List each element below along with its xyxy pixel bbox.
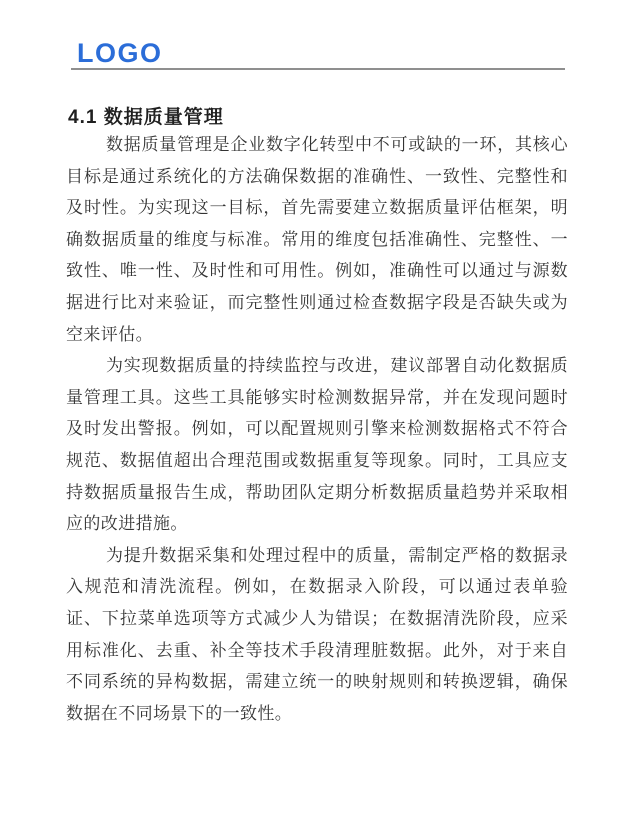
document-page: LOGO 4.1 数据质量管理 数据质量管理是企业数字化转型中不可或缺的一环，其… xyxy=(0,0,640,829)
paragraph: 为实现数据质量的持续监控与改进，建议部署自动化数据质量管理工具。这些工具能够实时… xyxy=(66,350,568,540)
section-heading: 4.1 数据质量管理 xyxy=(68,107,224,129)
document-body: 数据质量管理是企业数字化转型中不可或缺的一环，其核心目标是通过系统化的方法确保数… xyxy=(66,129,568,729)
header-divider xyxy=(71,68,565,70)
logo: LOGO xyxy=(77,40,163,66)
paragraph: 数据质量管理是企业数字化转型中不可或缺的一环，其核心目标是通过系统化的方法确保数… xyxy=(66,129,568,350)
paragraph: 为提升数据采集和处理过程中的质量，需制定严格的数据录入规范和清洗流程。例如，在数… xyxy=(66,540,568,730)
